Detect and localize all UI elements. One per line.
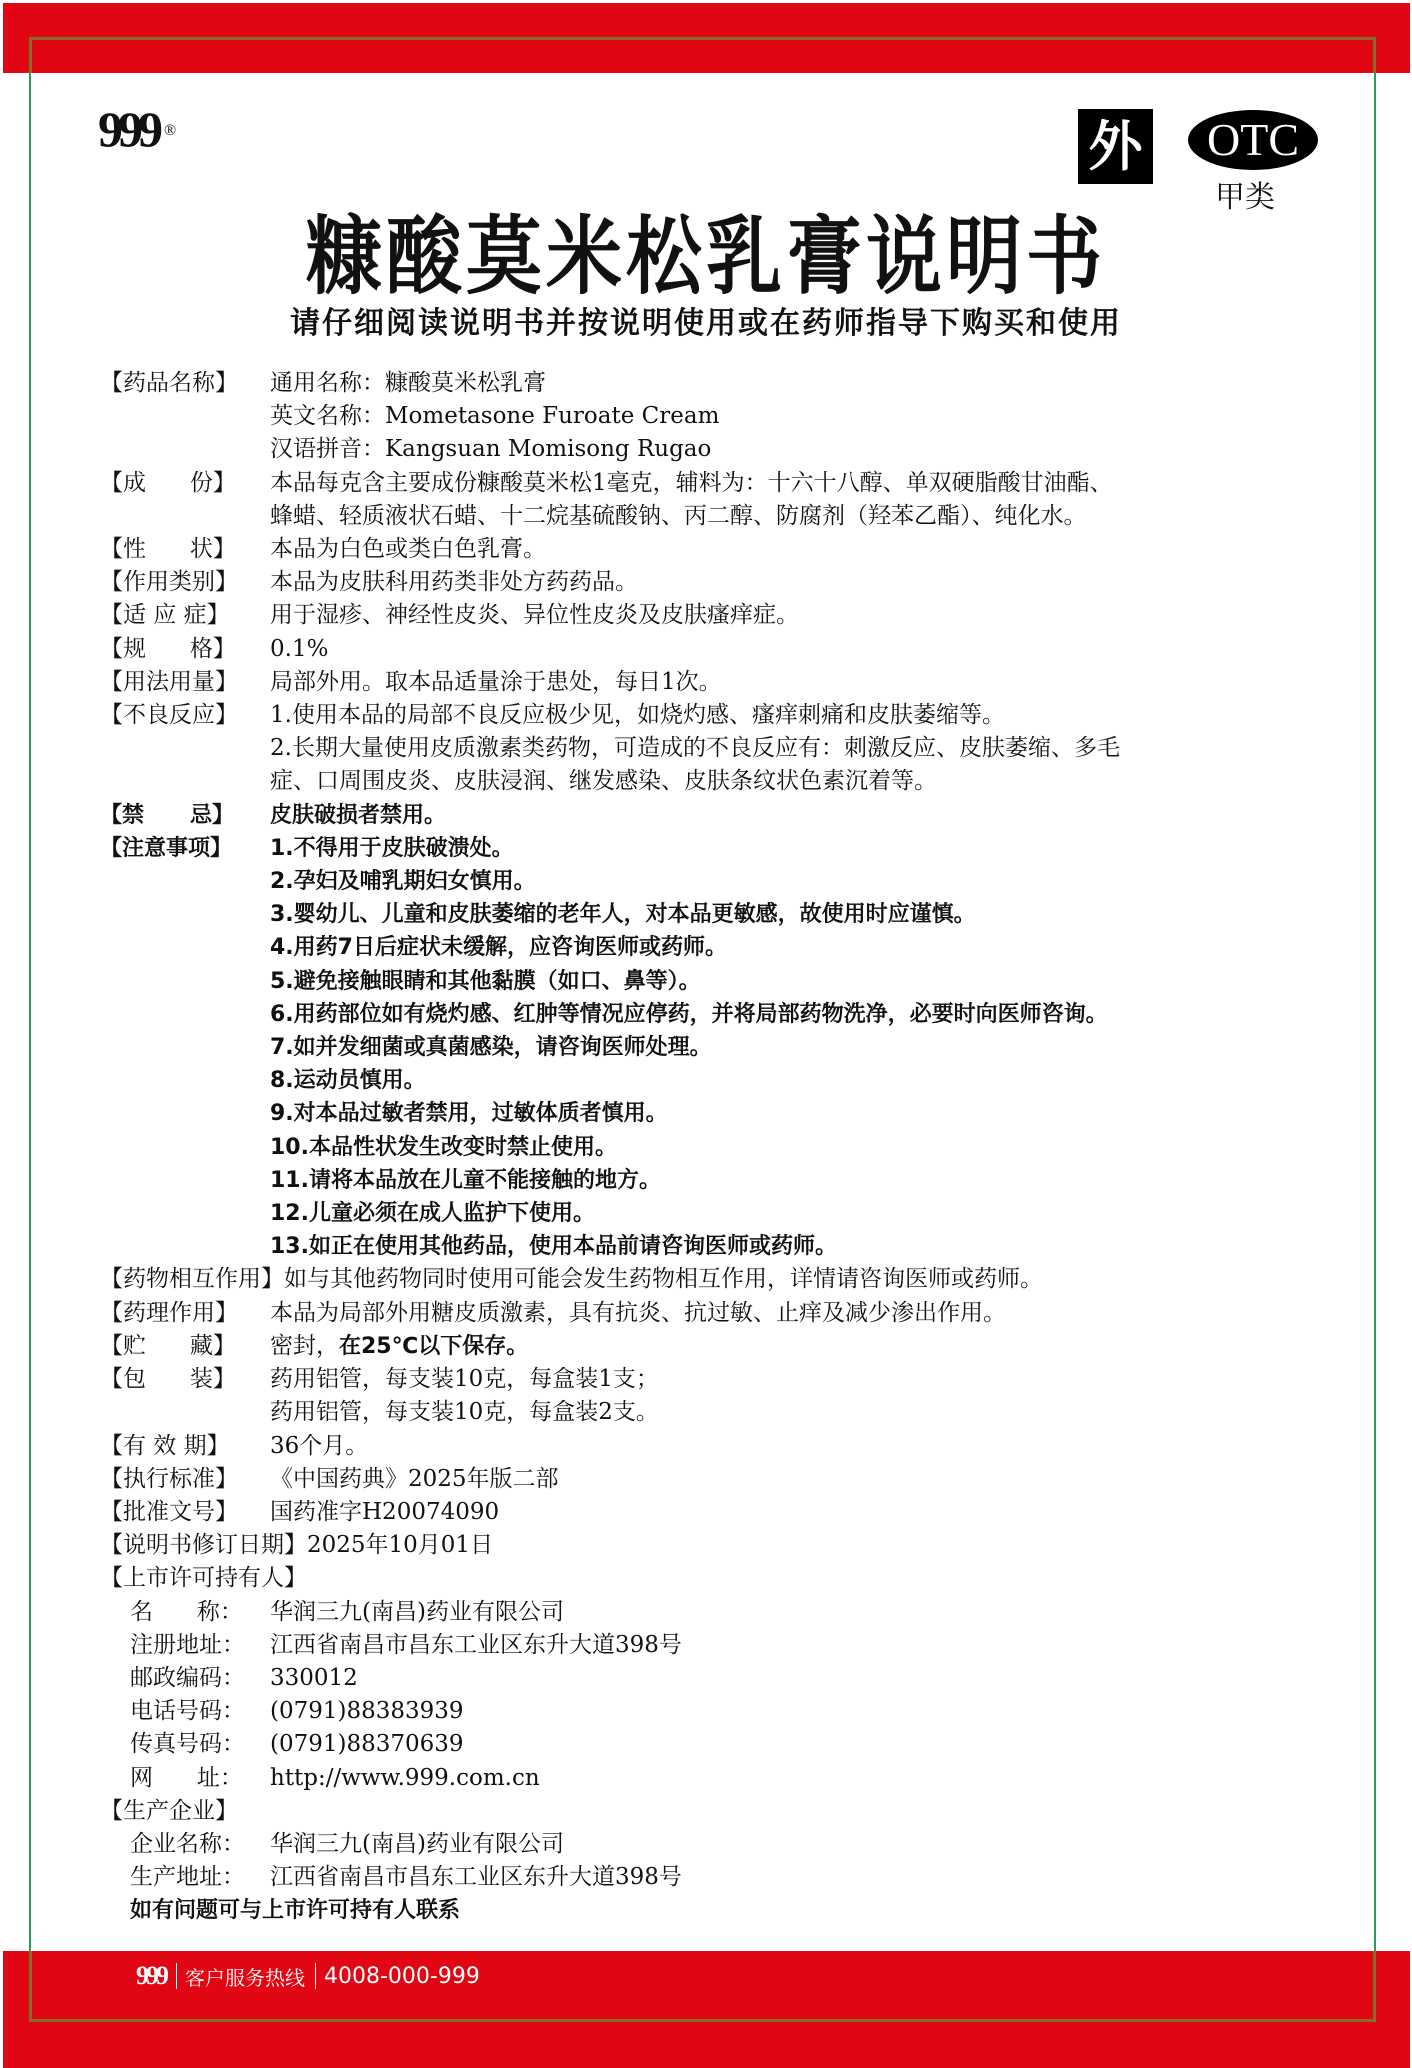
section-label: 【上市许可持有人】 bbox=[100, 1562, 307, 1595]
section-indications: 【适 应 症】 用于湿疹、神经性皮炎、异位性皮炎及皮肤瘙痒症。 bbox=[100, 599, 1330, 632]
document-title: 糠酸莫米松乳膏说明书 bbox=[0, 207, 1412, 308]
section-text: 国药准字H20074090 bbox=[270, 1496, 499, 1529]
precaution-item: 5.避免接触眼睛和其他黏膜（如口、鼻等）。 bbox=[100, 965, 1330, 998]
divider bbox=[176, 1963, 177, 1989]
website-link[interactable]: http://www.999.com.cn bbox=[270, 1762, 540, 1795]
section-storage: 【贮 藏】 密封，在25℃以下保存。 bbox=[100, 1330, 1330, 1363]
section-precautions: 【注意事项】 1.不得用于皮肤破溃处。 bbox=[100, 832, 1330, 865]
precaution-item: 4.用药7日后症状未缓解，应咨询医师或药师。 bbox=[100, 931, 1330, 964]
section-pharmacology: 【药理作用】 本品为局部外用糖皮质激素，具有抗炎、抗过敏、止痒及减少渗出作用。 bbox=[100, 1297, 1330, 1330]
field-value: 江西省南昌市昌东工业区东升大道398号 bbox=[270, 1629, 682, 1662]
section-text: 用于湿疹、神经性皮炎、异位性皮炎及皮肤瘙痒症。 bbox=[270, 599, 799, 632]
precaution-item: 8.运动员慎用。 bbox=[100, 1064, 1330, 1097]
precaution-item: 7.如并发细菌或真菌感染，请咨询医师处理。 bbox=[100, 1031, 1330, 1064]
brand-logo: 999® bbox=[98, 104, 170, 154]
document-subtitle: 请仔细阅读说明书并按说明使用或在药师指导下购买和使用 bbox=[0, 304, 1412, 344]
frame-corner bbox=[29, 37, 32, 73]
precaution-item: 11.请将本品放在儿童不能接触的地方。 bbox=[100, 1164, 1330, 1197]
section-validity: 【有 效 期】 36个月。 bbox=[100, 1430, 1330, 1463]
packaging-line: 药用铝管，每支装10克，每盒装2支。 bbox=[100, 1396, 1330, 1429]
section-dosage: 【用法用量】 局部外用。取本品适量涂于患处，每日1次。 bbox=[100, 666, 1330, 699]
section-text: 0.1% bbox=[270, 633, 328, 666]
frame-corner bbox=[1373, 37, 1376, 73]
pinyin-name: 汉语拼音：Kangsuan Momisong Rugao bbox=[100, 433, 1330, 466]
section-label: 【有 效 期】 bbox=[100, 1430, 270, 1463]
mah-field: 网 址： http://www.999.com.cn bbox=[100, 1762, 1330, 1795]
section-label: 【适 应 症】 bbox=[100, 599, 270, 632]
section-label: 【禁 忌】 bbox=[100, 799, 270, 832]
frame-top-line bbox=[29, 37, 1376, 40]
divider bbox=[315, 1963, 316, 1989]
ingredients-line: 蜂蜡、轻质液状石蜡、十二烷基硫酸钠、丙二醇、防腐剂（羟苯乙酯）、纯化水。 bbox=[100, 500, 1330, 533]
section-label: 【性 状】 bbox=[100, 533, 270, 566]
field-label: 企业名称： bbox=[130, 1828, 270, 1861]
section-text: 36个月。 bbox=[270, 1430, 368, 1463]
precaution-item: 10.本品性状发生改变时禁止使用。 bbox=[100, 1131, 1330, 1164]
section-label: 【用法用量】 bbox=[100, 666, 270, 699]
section-mah: 【上市许可持有人】 bbox=[100, 1562, 1330, 1595]
ingredients-line: 本品每克含主要成份糠酸莫米松1毫克，辅料为：十六十八醇、单双硬脂酸甘油酯、 bbox=[270, 467, 1113, 500]
section-label: 【规 格】 bbox=[100, 633, 270, 666]
section-adverse-reactions: 【不良反应】 1.使用本品的局部不良反应极少见，如烧灼感、瘙痒刺痛和皮肤萎缩等。 bbox=[100, 699, 1330, 732]
section-label: 【说明书修订日期】 bbox=[100, 1529, 307, 1562]
otc-badge: OTC bbox=[1188, 110, 1318, 170]
field-label: 传真号码： bbox=[130, 1728, 270, 1761]
leaflet-body: 【药品名称】 通用名称：糠酸莫米松乳膏 英文名称：Mometasone Furo… bbox=[100, 367, 1330, 1928]
section-revision-date: 【说明书修订日期】 2025年10月01日 bbox=[100, 1529, 1330, 1562]
registered-mark: ® bbox=[164, 122, 176, 139]
section-label: 【注意事项】 bbox=[100, 832, 270, 865]
section-label: 【生产企业】 bbox=[100, 1795, 238, 1828]
mah-field: 传真号码： (0791)88370639 bbox=[100, 1728, 1330, 1761]
section-label: 【药品名称】 bbox=[100, 367, 270, 400]
section-manufacturer: 【生产企业】 bbox=[100, 1795, 1330, 1828]
storage-text-bold: 在25℃以下保存。 bbox=[339, 1330, 528, 1363]
english-name: 英文名称：Mometasone Furoate Cream bbox=[100, 400, 1330, 433]
field-value: 华润三九(南昌)药业有限公司 bbox=[270, 1828, 564, 1861]
section-text: 本品为皮肤科用药类非处方药药品。 bbox=[270, 566, 638, 599]
section-label: 【作用类别】 bbox=[100, 566, 270, 599]
section-category: 【作用类别】 本品为皮肤科用药类非处方药药品。 bbox=[100, 566, 1330, 599]
section-interactions: 【药物相互作用】 如与其他药物同时使用可能会发生药物相互作用，详情请咨询医师或药… bbox=[100, 1263, 1330, 1296]
field-value: (0791)88383939 bbox=[270, 1695, 464, 1728]
field-value: 江西省南昌市昌东工业区东升大道398号 bbox=[270, 1861, 682, 1894]
section-specification: 【规 格】 0.1% bbox=[100, 633, 1330, 666]
manufacturer-field: 企业名称： 华润三九(南昌)药业有限公司 bbox=[100, 1828, 1330, 1861]
mah-field: 邮政编码： 330012 bbox=[100, 1662, 1330, 1695]
field-value: 华润三九(南昌)药业有限公司 bbox=[270, 1596, 564, 1629]
section-text: 本品为局部外用糖皮质激素，具有抗炎、抗过敏、止痒及减少渗出作用。 bbox=[270, 1297, 1006, 1330]
section-approval: 【批准文号】 国药准字H20074090 bbox=[100, 1496, 1330, 1529]
field-value: (0791)88370639 bbox=[270, 1728, 464, 1761]
section-label: 【贮 藏】 bbox=[100, 1330, 270, 1363]
contact-note: 如有问题可与上市许可持有人联系 bbox=[100, 1894, 1330, 1927]
adverse-line: 2.长期大量使用皮质激素类药物，可造成的不良反应有：刺激反应、皮肤萎缩、多毛 bbox=[100, 732, 1330, 765]
section-text: 皮肤破损者禁用。 bbox=[270, 799, 446, 832]
field-label: 网 址： bbox=[130, 1762, 270, 1795]
storage-text: 密封， bbox=[270, 1330, 339, 1363]
field-label: 名 称： bbox=[130, 1596, 270, 1629]
hotline-number: 4008-000-999 bbox=[324, 1964, 480, 1989]
section-drug-name: 【药品名称】 通用名称：糠酸莫米松乳膏 bbox=[100, 367, 1330, 400]
field-label: 注册地址： bbox=[130, 1629, 270, 1662]
section-ingredients: 【成 份】 本品每克含主要成份糠酸莫米松1毫克，辅料为：十六十八醇、单双硬脂酸甘… bbox=[100, 467, 1330, 500]
section-standard: 【执行标准】 《中国药典》2025年版二部 bbox=[100, 1463, 1330, 1496]
section-text: 如与其他药物同时使用可能会发生药物相互作用，详情请咨询医师或药师。 bbox=[284, 1263, 1043, 1296]
mah-field: 电话号码： (0791)88383939 bbox=[100, 1695, 1330, 1728]
footer-hotline: 999 客户服务热线 4008-000-999 bbox=[136, 1958, 480, 1994]
section-text: 局部外用。取本品适量涂于患处，每日1次。 bbox=[270, 666, 722, 699]
section-text: 2025年10月01日 bbox=[307, 1529, 493, 1562]
generic-name: 通用名称：糠酸莫米松乳膏 bbox=[270, 367, 546, 400]
frame-bottom-line bbox=[29, 2019, 1376, 2022]
adverse-line: 症、口周围皮炎、皮肤浸润、继发感染、皮肤条纹状色素沉着等。 bbox=[100, 765, 1330, 798]
section-text: 《中国药典》2025年版二部 bbox=[270, 1463, 559, 1496]
section-packaging: 【包 装】 药用铝管，每支装10克，每盒装1支； bbox=[100, 1363, 1330, 1396]
packaging-line: 药用铝管，每支装10克，每盒装1支； bbox=[270, 1363, 659, 1396]
mah-field: 名 称： 华润三九(南昌)药业有限公司 bbox=[100, 1596, 1330, 1629]
hotline-label: 客户服务热线 bbox=[185, 1962, 305, 1991]
precaution-item: 1.不得用于皮肤破溃处。 bbox=[270, 832, 514, 865]
precaution-item: 6.用药部位如有烧灼感、红肿等情况应停药，并将局部药物洗净，必要时向医师咨询。 bbox=[100, 998, 1330, 1031]
manufacturer-field: 生产地址： 江西省南昌市昌东工业区东升大道398号 bbox=[100, 1861, 1330, 1894]
section-appearance: 【性 状】 本品为白色或类白色乳膏。 bbox=[100, 533, 1330, 566]
field-label: 电话号码： bbox=[130, 1695, 270, 1728]
precaution-item: 9.对本品过敏者禁用，过敏体质者慎用。 bbox=[100, 1097, 1330, 1130]
mah-field: 注册地址： 江西省南昌市昌东工业区东升大道398号 bbox=[100, 1629, 1330, 1662]
adverse-line: 1.使用本品的局部不良反应极少见，如烧灼感、瘙痒刺痛和皮肤萎缩等。 bbox=[270, 699, 1005, 732]
frame-corner bbox=[29, 1951, 32, 2022]
field-value: 330012 bbox=[270, 1662, 358, 1695]
brand-logo-text: 999 bbox=[98, 101, 158, 157]
precaution-item: 13.如正在使用其他药品，使用本品前请咨询医师或药师。 bbox=[100, 1230, 1330, 1263]
footer-logo: 999 bbox=[136, 1961, 166, 1991]
section-label: 【包 装】 bbox=[100, 1363, 270, 1396]
section-label: 【药理作用】 bbox=[100, 1297, 270, 1330]
precaution-item: 12.儿童必须在成人监护下使用。 bbox=[100, 1197, 1330, 1230]
precaution-item: 2.孕妇及哺乳期妇女慎用。 bbox=[100, 865, 1330, 898]
section-label: 【不良反应】 bbox=[100, 699, 270, 732]
section-label: 【成 份】 bbox=[100, 467, 270, 500]
field-label: 邮政编码： bbox=[130, 1662, 270, 1695]
precaution-item: 3.婴幼儿、儿童和皮肤萎缩的老年人，对本品更敏感，故使用时应谨慎。 bbox=[100, 898, 1330, 931]
external-use-badge: 外 bbox=[1078, 109, 1153, 184]
section-contraindications: 【禁 忌】 皮肤破损者禁用。 bbox=[100, 799, 1330, 832]
section-label: 【批准文号】 bbox=[100, 1496, 270, 1529]
section-label: 【药物相互作用】 bbox=[100, 1263, 284, 1296]
section-label: 【执行标准】 bbox=[100, 1463, 270, 1496]
field-label: 生产地址： bbox=[130, 1861, 270, 1894]
section-text: 本品为白色或类白色乳膏。 bbox=[270, 533, 546, 566]
frame-corner bbox=[1373, 1951, 1376, 2022]
